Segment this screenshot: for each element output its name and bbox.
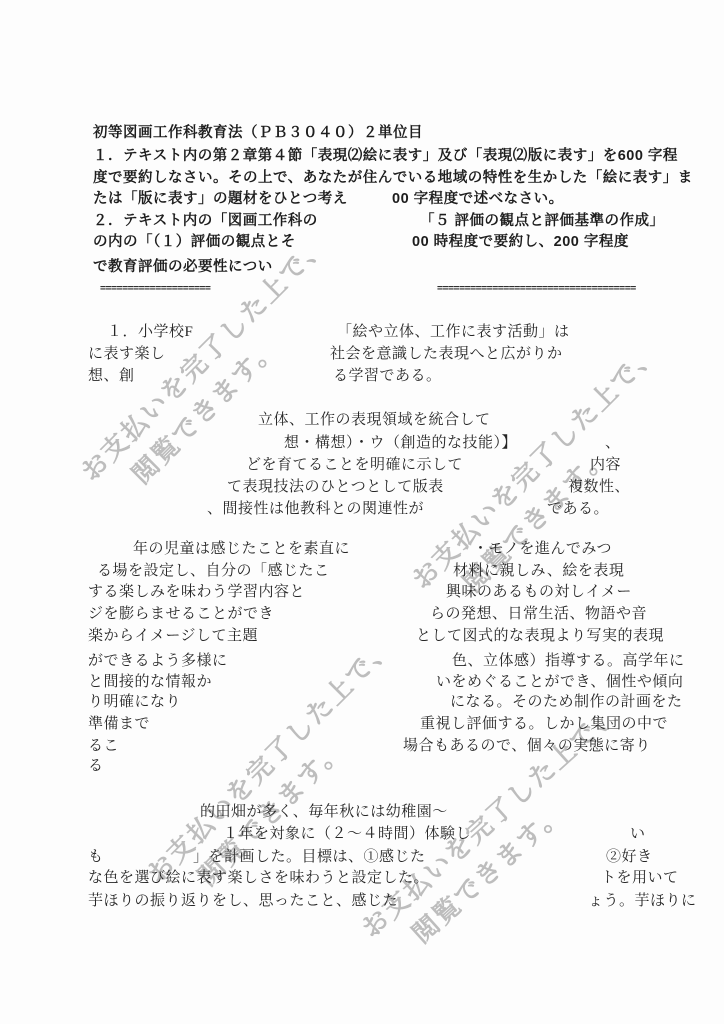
- body_line-line: な色を選び絵に表す楽しさを味わうと設定した。: [88, 866, 429, 887]
- body_line-line: 的田畑が多く、毎年秋には幼稚園～: [200, 800, 448, 821]
- body_line-line: 準備まで: [88, 712, 150, 733]
- body_line-line: に表す楽し: [88, 342, 166, 363]
- body_line-line: 社会を意識した表現へと広がりか: [330, 342, 563, 363]
- body_line-line: らの発想、日常生活、物語や音: [430, 602, 647, 623]
- body_line-line: 重視し評価する。しかし集団の中で: [420, 712, 668, 733]
- header_line-line: で教育評価の必要性につい: [93, 255, 273, 276]
- body_line-line: 想、創: [88, 364, 135, 385]
- body_line-line: する楽しみを味わう学習内容と: [88, 580, 305, 601]
- body_line-line: 楽からイメージして主題: [88, 624, 258, 645]
- body_line-line: と間接的な情報か: [88, 670, 212, 691]
- header_line-line: の内の「（１）評価の観点とそ: [93, 230, 296, 251]
- body_line-line: て表現技法のひとつとして版表: [227, 475, 444, 496]
- body_line-line: る場を設定し、自分の「感じたこ: [97, 559, 330, 580]
- document-page: お支払いを完了した上で、閲覧できます。お支払いを完了した上で、閲覧できます。お支…: [0, 0, 724, 1024]
- body_line-line: り明確になり: [88, 690, 181, 711]
- header_line-line: ２．テキスト内の「図画工作科の: [93, 209, 318, 230]
- body_line-line: 想・構想）・ウ（創造的な技能）】: [284, 431, 517, 452]
- body_line-line: 材料に親しみ、絵を表現: [453, 559, 624, 580]
- body_line-line: る学習である。: [333, 364, 442, 385]
- header_line-line: たは「版に表す」の題材をひとつ考え: [93, 187, 348, 208]
- body_line-line: も: [88, 845, 104, 866]
- body_line-line: 、: [605, 431, 621, 452]
- body_line-line: ょう。芋ほりに: [588, 889, 697, 910]
- body_line-line: トを用いて: [601, 866, 679, 887]
- body_line-line: 内容: [590, 453, 621, 474]
- body_line-line: １年を対象に（２～４時間）体験し: [223, 822, 471, 843]
- header_line-line: 00 時程度で要約し、200 字程度: [412, 230, 629, 251]
- body_line-line: である。: [547, 497, 609, 518]
- body_line-line: い: [630, 822, 646, 843]
- body_line-line: ジを膨らませることができ: [88, 602, 274, 623]
- body_line-line: １．小学校F: [107, 320, 193, 341]
- body_line-line: ができるよう多様に: [88, 649, 228, 670]
- body_line-line: 興味のあるもの対しイメー: [446, 580, 632, 601]
- body_line-line: 」を計画した。目標は、①感じた: [193, 845, 426, 866]
- header_line-line: １．テキスト内の第２章第４節「表現⑵絵に表す」及び「表現⑵版に表す」を600 字…: [93, 144, 678, 165]
- header_line-line: 初等図画工作科教育法（ＰＢ３０４０）２単位目: [93, 121, 423, 142]
- body_line-line: ・モノを進んでみつ: [473, 537, 612, 558]
- body_line-line: る: [88, 754, 104, 775]
- body_line-line: 複数性、: [568, 475, 630, 496]
- body_line-line: ②好き: [606, 845, 653, 866]
- body_line-line: として図式的な表現より写実的表現: [416, 624, 664, 645]
- body_line-line: 色、立体感）指導する。高学年に: [452, 649, 685, 670]
- body_line-line: 芋ほりの振り返りをし、思ったこと、感じた: [88, 889, 398, 910]
- body_line-line: るこ: [88, 734, 119, 755]
- body_line-line: どを育てることを明確に示して: [246, 453, 463, 474]
- body_line-line: 立体、工作の表現領域を統合して: [258, 408, 491, 429]
- body_line-line: 場合もあるので、個々の実態に寄り: [403, 734, 651, 755]
- header_line-line: 「５ 評価の観点と評価基準の作成」: [420, 209, 665, 230]
- header_line-line: 度で要約しなさい。その上で、あなたが住んでいる地域の特性を生かした「絵に表す」ま: [93, 166, 693, 187]
- header_line-line: 00 字程度で述べなさい。: [392, 187, 564, 208]
- body_line-line: 、間接性は他教科との関連性が: [207, 497, 424, 518]
- body_line-line: になる。そのため制作の計画をた: [450, 690, 683, 711]
- divider-rule: ====================: [100, 283, 210, 294]
- divider-rule: ====================================: [437, 283, 636, 294]
- body_line-line: いをめぐることができ、個性や傾向: [436, 670, 683, 691]
- body_line-line: 「絵や立体、工作に表す活動」は: [337, 320, 570, 341]
- body_line-line: 年の児童は感じたことを素直に: [133, 537, 350, 558]
